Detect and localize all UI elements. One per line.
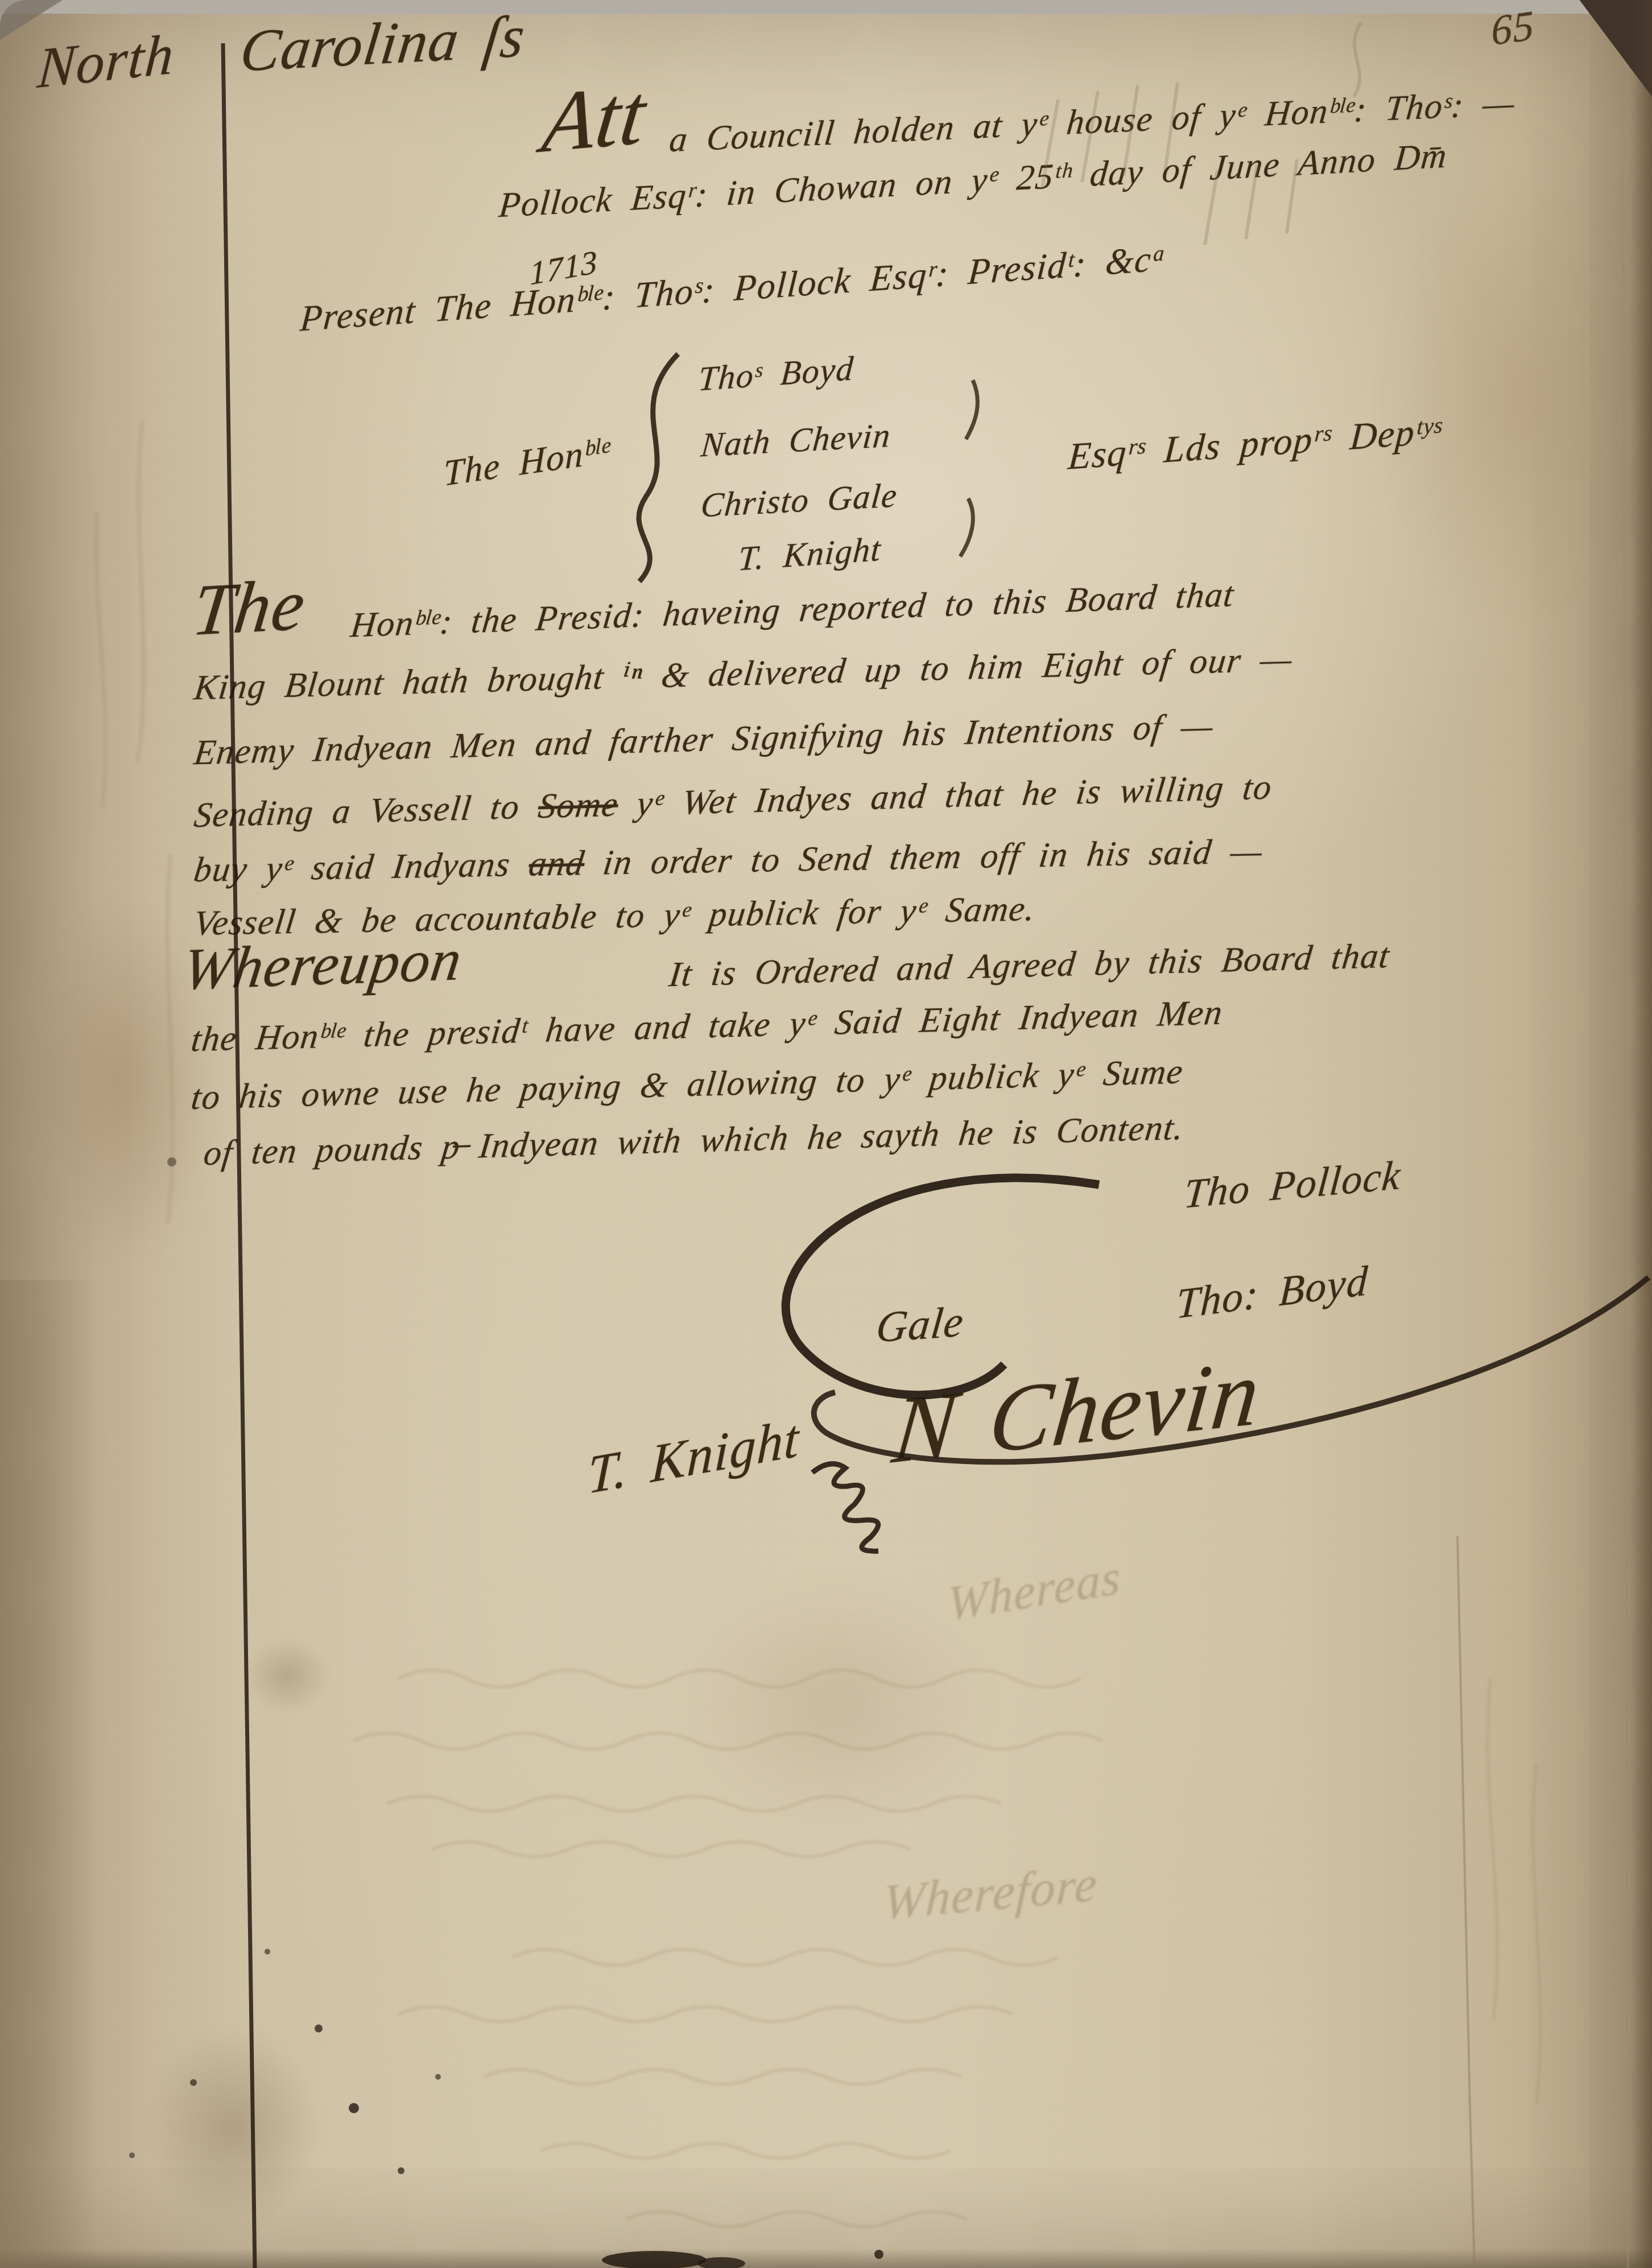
signature-pollock: Tho Pollock [1183, 1154, 1403, 1215]
top-photo-band [0, 0, 1652, 14]
council-member-knight: T. Knight [737, 531, 882, 576]
paragraph1-line-4: Sending a Vessell to Some yᵉ Wet Indyes … [192, 769, 1274, 833]
right-page-edge-line [1622, 80, 1628, 2268]
paragraph1-line-5: buy yᵉ said Indyans and in order to Send… [192, 834, 1265, 888]
paragraph2-line-2: the Honᵇˡᵉ the presidᵗ have and take yᵉ … [189, 995, 1225, 1058]
paragraph1-initial: The [189, 568, 309, 647]
left-margin-stain [0, 1280, 97, 2268]
paragraph1-line-5-struck-word: and [527, 844, 587, 884]
left-margin-bleed-scrawl [96, 421, 172, 1223]
center-foxing-stain [683, 1582, 990, 1826]
right-top-stain [1382, 188, 1644, 620]
manuscript-page: 65 North Carolina ſs Att a Councill hold… [0, 0, 1652, 2268]
present-line: Present The Honᵇˡᵉ: Thoˢ: Pollock Esqʳ: … [299, 240, 1168, 337]
bleedthrough-wherefore: Wherefore [882, 1859, 1099, 1928]
paragraph1-line-4-struck-word: Some [536, 785, 621, 826]
header-north: North [36, 26, 176, 97]
council-suffix: Esqʳˢ Lds propʳˢ Depᵗʸˢ [1067, 412, 1443, 476]
ink-spots [129, 1157, 883, 2268]
council-member-chevin: Nath Chevin [700, 418, 893, 463]
council-close-brace-top [966, 380, 977, 439]
paragraph2-line-3: to his owne use he paying & allowing to … [189, 1054, 1186, 1115]
signature-chevin: N Chevin [889, 1344, 1265, 1478]
paragraph2-line-4: of ten pounds p̶ Indyean with which he s… [202, 1110, 1186, 1171]
paragraph1-line-4-pre: Sending a Vessell to [192, 787, 541, 835]
top-right-book-edge [1567, 0, 1652, 97]
paragraph1-line-3: Enemy Indyean Men and farther Signifying… [192, 708, 1216, 770]
council-member-gale: Christo Gale [700, 478, 899, 522]
knight-scribble [812, 1464, 878, 1552]
page-number: 65 [1490, 4, 1535, 52]
signature-knight: T. Knight [587, 1411, 800, 1503]
signature-boyd: Tho: Boyd [1175, 1260, 1369, 1326]
signature-gale: Gale [874, 1300, 966, 1349]
top-left-corner-shadow [0, 0, 63, 40]
council-member-boyd: Thoˢ Boyd [697, 351, 855, 397]
paragraph2-line-1: It is Ordered and Agreed by this Board t… [667, 938, 1392, 992]
bottom-edge-shade [0, 2249, 1652, 2268]
right-crease-line [1457, 1536, 1475, 2268]
small-blot-stain [245, 1639, 330, 1713]
council-brace [639, 354, 678, 582]
paragraph2-initial: Whereupon [179, 930, 465, 1000]
paragraph1-line-5-pre: buy yᵉ said Indyans [192, 845, 531, 889]
paragraph1-line-5-post: in order to Send them off in his said — [582, 832, 1265, 883]
paragraph1-line-4-post: yᵉ Wet Indyes and that he is willing to [616, 768, 1274, 823]
bottom-left-smudge [148, 2026, 319, 2230]
bleedthrough-whereas: Whereas [947, 1552, 1121, 1628]
bleedthrough-lines [353, 1670, 1541, 2226]
council-label: The Honᵇˡᵉ [444, 432, 610, 492]
paragraph1-line-1: Honᵇˡᵉ: the Presid: haveing reported to … [349, 577, 1236, 643]
opening-initial: Att [538, 71, 650, 166]
council-close-brace-bottom [960, 498, 973, 556]
paragraph1-line-2: King Blount hath brought ⁱⁿ & delivered … [192, 641, 1295, 706]
right-page-edge-shade [1629, 0, 1652, 2268]
header-carolina: Carolina ſs [237, 7, 528, 81]
